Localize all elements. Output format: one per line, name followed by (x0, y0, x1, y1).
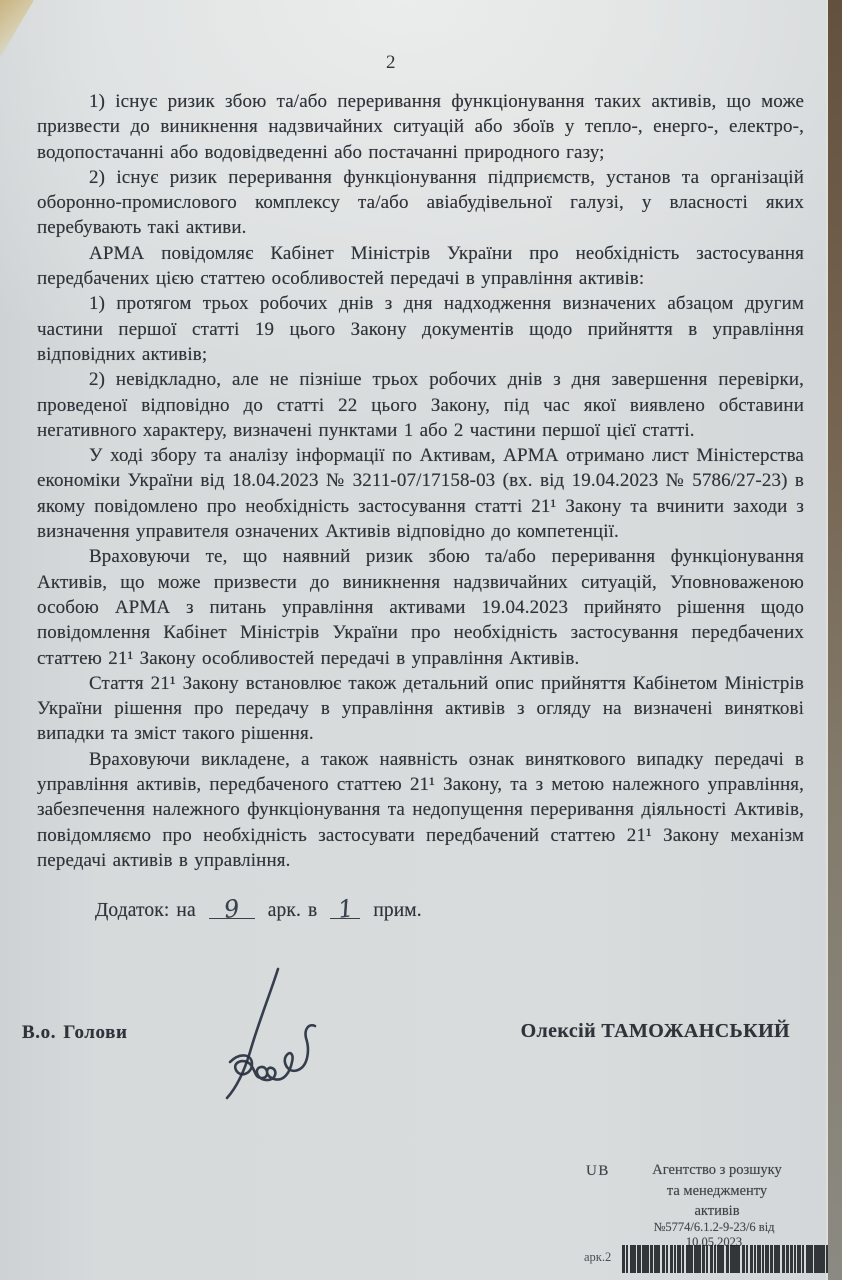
stamp-org-line: активів (618, 1201, 816, 1222)
signature-scribble (200, 966, 325, 1111)
paragraph: 1) існує ризик збою та/або переривання ф… (37, 89, 804, 165)
copies-count-handwritten: 1 (337, 901, 354, 917)
stamp-reg-number: №5774/6.1.2-9-23/6 від (600, 1220, 828, 1235)
attachment-suffix: прим. (373, 900, 421, 921)
stamp-sheet-label: арк.2 (584, 1250, 611, 1265)
sheets-count-handwritten: 9 (223, 901, 240, 917)
signer-title: В.о. Голови (22, 1022, 128, 1044)
paragraph: Враховуючи те, що наявний ризик збою та/… (37, 544, 804, 670)
paragraph: 2) існує ризик переривання функціонуванн… (37, 165, 804, 241)
paragraph: У ході збору та аналізу інформації по Ак… (37, 443, 804, 544)
stamp-org-name: Агентство з розшуку та менеджменту актив… (618, 1160, 816, 1222)
attachment-prefix: Додаток: на (95, 900, 196, 921)
stamp-org-line: та менеджменту (618, 1181, 816, 1202)
sheets-count-blank: 9 (209, 901, 255, 919)
document-body: 1) існує ризик збою та/або переривання ф… (37, 89, 804, 924)
scanned-letter-page: 2 1) існує ризик збою та/або переривання… (0, 0, 842, 1280)
paragraph: 1) протягом трьох робочих днів з дня над… (37, 291, 804, 367)
paragraph: АРМА повідомляє Кабінет Міністрів Україн… (37, 241, 804, 292)
paper-edge-shadow (828, 0, 842, 1280)
signer-name: Олексій ТАМОЖАНСЬКИЙ (521, 1020, 790, 1043)
page-number: 2 (0, 52, 782, 74)
paragraph: 2) невідкладно, але не пізніше трьох роб… (37, 367, 804, 443)
stamp-code: UB (586, 1163, 610, 1180)
attachment-line: Додаток: на 9 арк. в 1 прим. (95, 898, 804, 923)
paragraph: Стаття 21¹ Закону встановлює також детал… (37, 671, 804, 747)
stamp-org-line: Агентство з розшуку (618, 1160, 816, 1181)
paragraph: Враховуючи викладене, а також наявність … (37, 747, 804, 873)
photo-corner-artifact (0, 0, 34, 58)
copies-count-blank: 1 (330, 901, 360, 919)
attachment-middle: арк. в (268, 900, 318, 921)
barcode (622, 1245, 828, 1273)
